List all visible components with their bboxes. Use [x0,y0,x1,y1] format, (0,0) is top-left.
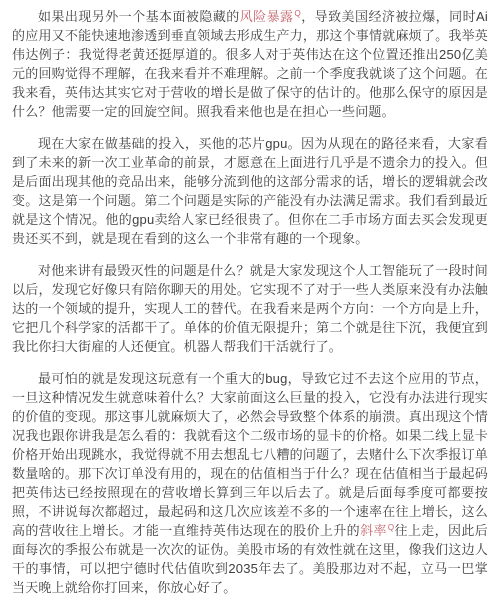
paragraph-gpu-investment: 现在大家在做基础的投入，买他的芯片gpu。因为从现在的路径来看，大家看到了未来的… [12,134,488,248]
paragraph-2-text: 现在大家在做基础的投入，买他的芯片gpu。因为从现在的路径来看，大家看到了未来的… [12,136,488,246]
paragraph-1-text-pre: 如果出现另外一个基本面被隐藏的 [38,9,240,24]
paragraph-1-text-post: ，导致美国经济被拉爆，同时Ai的应用又不能快速地渗透到垂直领域去形成生产力，那这… [12,9,488,119]
paragraph-risk-exposure: 如果出现另外一个基本面被隐藏的风险暴露Q，导致美国经济被拉爆，同时Ai的应用又不… [12,7,488,121]
paragraph-bug-valuation: 最可怕的就是发现这玩意有一个重大的bug，导致它过不去这个应用的节点，一旦这种情… [12,369,488,597]
paragraph-4-text-pre: 最可怕的就是发现这玩意有一个重大的bug，导致它过不去这个应用的节点，一旦这种情… [12,371,488,538]
term-link-slope[interactable]: 斜率Q [360,523,394,538]
paragraph-ai-destructive-problem: 对他来讲有最毁灭性的问题是什么？就是大家发现这个人工智能玩了一段时间以后，发现它… [12,261,488,356]
term-link-slope-label: 斜率 [360,523,387,538]
paragraph-3-text: 对他来讲有最毁灭性的问题是什么？就是大家发现这个人工智能玩了一段时间以后，发现它… [12,263,488,354]
term-link-risk-exposure[interactable]: 风险暴露Q [240,9,301,24]
term-link-risk-exposure-label: 风险暴露 [240,9,294,24]
article-page: 如果出现另外一个基本面被隐藏的风险暴露Q，导致美国经济被拉爆，同时Ai的应用又不… [0,0,500,607]
